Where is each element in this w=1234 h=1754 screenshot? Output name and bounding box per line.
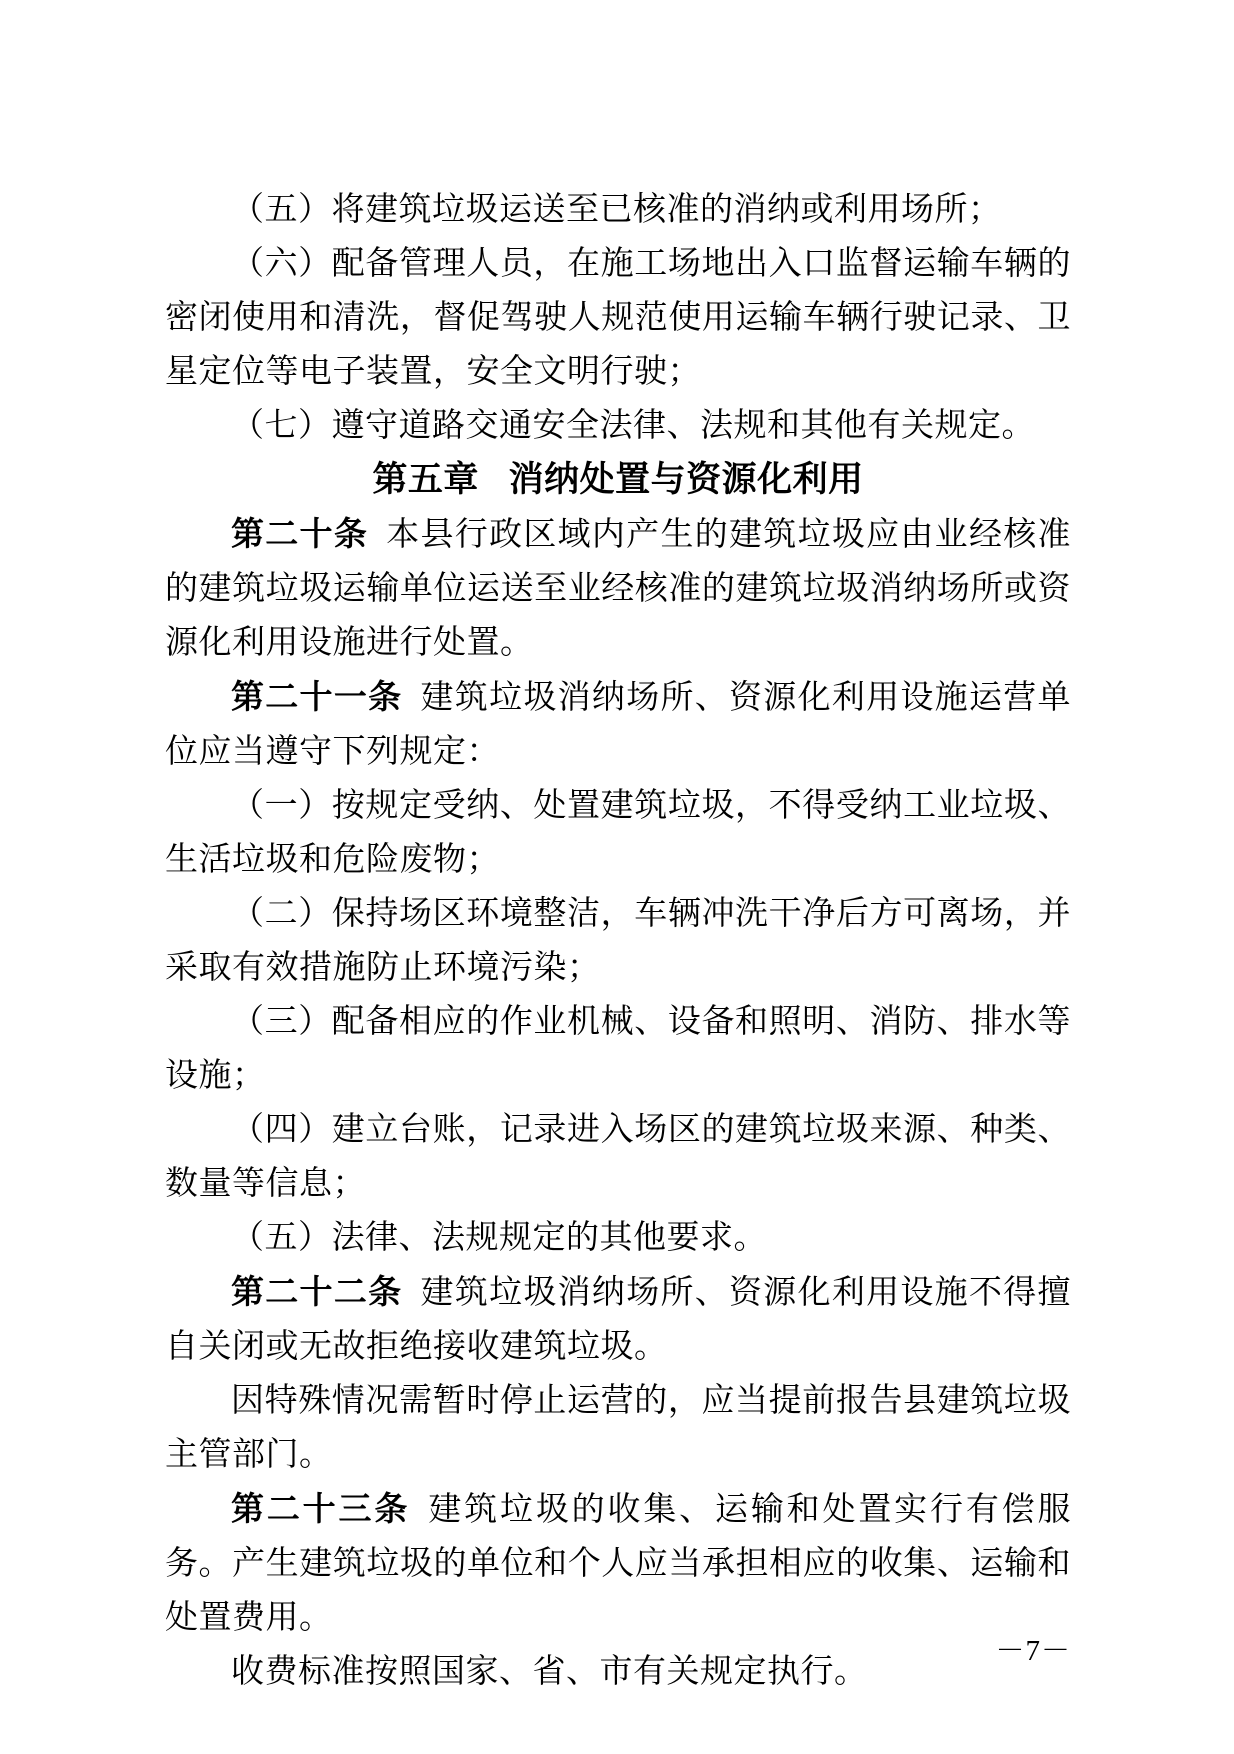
body-paragraph: 收费标准按照国家、省、市有关规定执行。 xyxy=(165,1645,1071,1699)
article-number: 第二十条 xyxy=(231,514,368,553)
article-paragraph: 第二十三条建筑垃圾的收集、运输和处置实行有偿服务。产生建筑垃圾的单位和个人应当承… xyxy=(165,1482,1071,1645)
paragraph-text: （四）建立台账，记录进入场区的建筑垃圾来源、种类、数量等信息； xyxy=(165,1112,1071,1202)
paragraph-text: （一）按规定受纳、处置建筑垃圾，不得受纳工业垃圾、生活垃圾和危险废物； xyxy=(165,788,1071,878)
article-paragraph: 第二十一条建筑垃圾消纳场所、资源化利用设施运营单位应当遵守下列规定： xyxy=(165,670,1071,779)
article-paragraph: 第二十条本县行政区域内产生的建筑垃圾应由业经核准的建筑垃圾运输单位运送至业经核准… xyxy=(165,507,1071,670)
article-number: 第二十三条 xyxy=(231,1489,410,1528)
page-number: －7－ xyxy=(995,1635,1071,1667)
list-item-paragraph: （一）按规定受纳、处置建筑垃圾，不得受纳工业垃圾、生活垃圾和危险废物； xyxy=(165,779,1071,887)
paragraph-text: 因特殊情况需暂时停止运营的，应当提前报告县建筑垃圾主管部门。 xyxy=(165,1383,1071,1473)
document-body: （五）将建筑垃圾运送至已核准的消纳或利用场所；（六）配备管理人员，在施工场地出入… xyxy=(165,183,1071,1699)
article-number: 第二十一条 xyxy=(231,677,402,716)
paragraph-text: （五）法律、法规规定的其他要求。 xyxy=(231,1220,767,1256)
chapter-heading: 第五章消纳处置与资源化利用 xyxy=(165,453,1071,507)
list-item-paragraph: （三）配备相应的作业机械、设备和照明、消防、排水等设施； xyxy=(165,995,1071,1103)
paragraph-text: （二）保持场区环境整洁，车辆冲洗干净后方可离场，并采取有效措施防止环境污染； xyxy=(165,896,1071,986)
body-paragraph: 因特殊情况需暂时停止运营的，应当提前报告县建筑垃圾主管部门。 xyxy=(165,1374,1071,1482)
article-paragraph: 第二十二条建筑垃圾消纳场所、资源化利用设施不得擅自关闭或无故拒绝接收建筑垃圾。 xyxy=(165,1265,1071,1374)
paragraph-text: 收费标准按照国家、省、市有关规定执行。 xyxy=(231,1654,868,1690)
list-item-paragraph: （四）建立台账，记录进入场区的建筑垃圾来源、种类、数量等信息； xyxy=(165,1103,1071,1211)
list-item-paragraph: （六）配备管理人员，在施工场地出入口监督运输车辆的密闭使用和清洗，督促驾驶人规范… xyxy=(165,237,1071,399)
chapter-number: 第五章 xyxy=(372,460,479,500)
document-page: （五）将建筑垃圾运送至已核准的消纳或利用场所；（六）配备管理人员，在施工场地出入… xyxy=(0,0,1234,1754)
list-item-paragraph: （五）法律、法规规定的其他要求。 xyxy=(165,1211,1071,1265)
list-item-paragraph: （二）保持场区环境整洁，车辆冲洗干净后方可离场，并采取有效措施防止环境污染； xyxy=(165,887,1071,995)
article-number: 第二十二条 xyxy=(231,1272,402,1311)
paragraph-text: （五）将建筑垃圾运送至已核准的消纳或利用场所； xyxy=(231,192,1002,228)
list-item-paragraph: （五）将建筑垃圾运送至已核准的消纳或利用场所； xyxy=(165,183,1071,237)
page-footer: －7－ xyxy=(995,1628,1071,1669)
paragraph-text: （三）配备相应的作业机械、设备和照明、消防、排水等设施； xyxy=(165,1004,1071,1094)
chapter-title: 消纳处置与资源化利用 xyxy=(509,460,864,500)
paragraph-text: （六）配备管理人员，在施工场地出入口监督运输车辆的密闭使用和清洗，督促驾驶人规范… xyxy=(165,246,1071,390)
list-item-paragraph: （七）遵守道路交通安全法律、法规和其他有关规定。 xyxy=(165,399,1071,453)
paragraph-text: （七）遵守道路交通安全法律、法规和其他有关规定。 xyxy=(231,408,1035,444)
